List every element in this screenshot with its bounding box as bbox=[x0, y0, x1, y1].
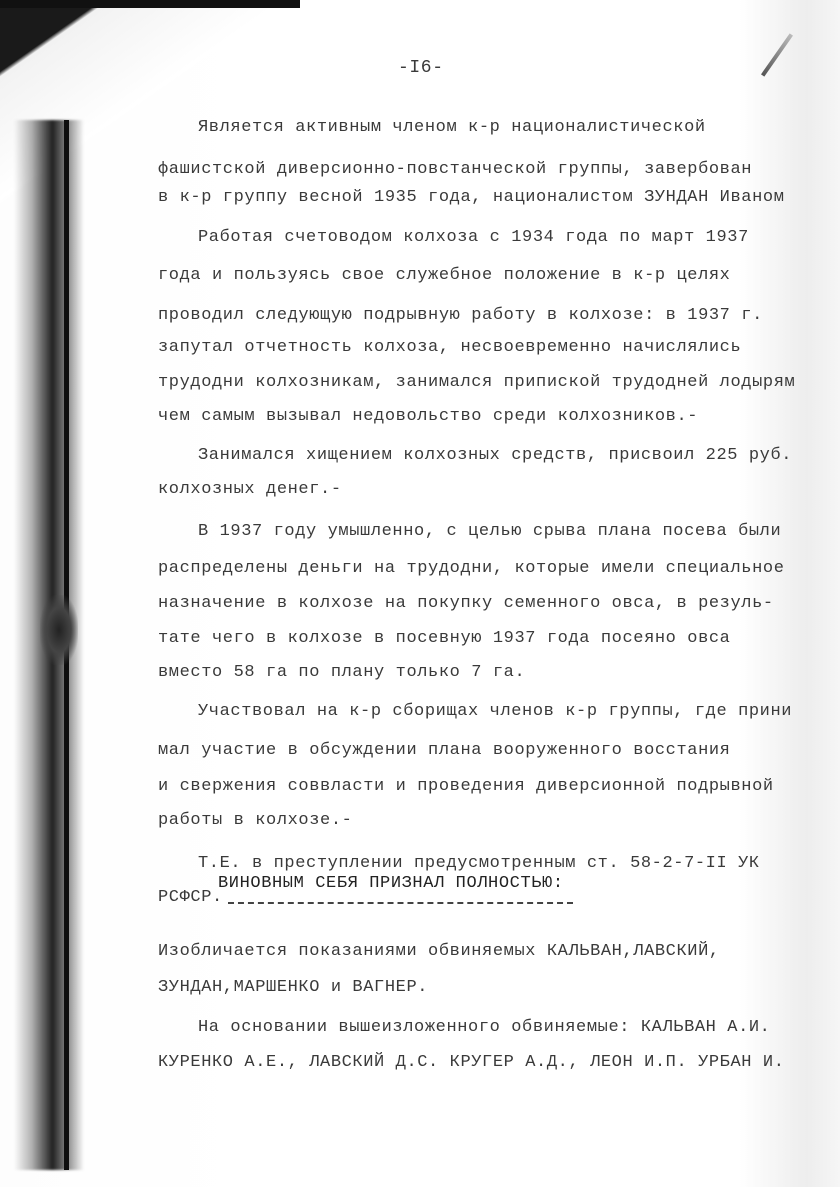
document-line: работы в колхозе.- bbox=[158, 811, 352, 830]
document-line: Работая счетоводом колхоза с 1934 года п… bbox=[198, 228, 749, 247]
document-line: тате чего в колхозе в посевную 1937 года… bbox=[158, 629, 731, 648]
document-line: проводил следующую подрывную работу в ко… bbox=[158, 306, 763, 325]
document-line: вместо 58 га по плану только 7 га. bbox=[158, 663, 525, 682]
document-line: Является активным членом к-р националист… bbox=[198, 118, 706, 137]
document-line: трудодни колхозникам, занимался приписко… bbox=[158, 373, 795, 392]
document-line: назначение в колхозе на покупку семенног… bbox=[158, 594, 774, 613]
scanned-page: -I6- Является активным членом к-р национ… bbox=[0, 0, 840, 1187]
document-line: чем самым вызывал недовольство среди кол… bbox=[158, 407, 698, 426]
scan-border-top bbox=[0, 0, 300, 8]
document-line: года и пользуясь свое служебное положени… bbox=[158, 266, 731, 285]
document-line: На основании вышеизложенного обвиняемые:… bbox=[198, 1018, 771, 1037]
document-line: В 1937 году умышленно, с целью срыва пла… bbox=[198, 522, 781, 541]
document-line: и свержения соввласти и проведения дивер… bbox=[158, 777, 774, 796]
document-line: запутал отчетность колхоза, несвоевремен… bbox=[158, 338, 741, 357]
document-line: в к-р группу весной 1935 года, национали… bbox=[158, 188, 785, 207]
section-heading: ВИНОВНЫМ СЕБЯ ПРИЗНАЛ ПОЛНОСТЬЮ: bbox=[218, 874, 564, 893]
document-line: Т.Е. в преступлении предусмотренным ст. … bbox=[198, 854, 760, 873]
document-line: фашистской диверсионно-повстанческой гру… bbox=[158, 160, 752, 179]
document-line: ЗУНДАН,МАРШЕНКО и ВАГНЕР. bbox=[158, 978, 428, 997]
document-line: мал участие в обсуждении плана вооруженн… bbox=[158, 741, 731, 760]
heading-underline bbox=[228, 902, 573, 904]
document-line: Участвовал на к-р сборищах членов к-р гр… bbox=[198, 702, 792, 721]
page-number: -I6- bbox=[398, 58, 444, 78]
document-line: Изобличается показаниями обвиняемых КАЛЬ… bbox=[158, 942, 720, 961]
paper-tear bbox=[40, 595, 78, 665]
document-line: Занимался хищением колхозных средств, пр… bbox=[198, 446, 792, 465]
document-line: колхозных денег.- bbox=[158, 480, 342, 499]
document-line: распределены деньги на трудодни, которые… bbox=[158, 559, 785, 578]
pencil-mark bbox=[761, 33, 793, 76]
document-line: КУРЕНКО А.Е., ЛАВСКИЙ Д.С. КРУГЕР А.Д., … bbox=[158, 1053, 785, 1072]
document-line: РСФСР. bbox=[158, 888, 223, 907]
